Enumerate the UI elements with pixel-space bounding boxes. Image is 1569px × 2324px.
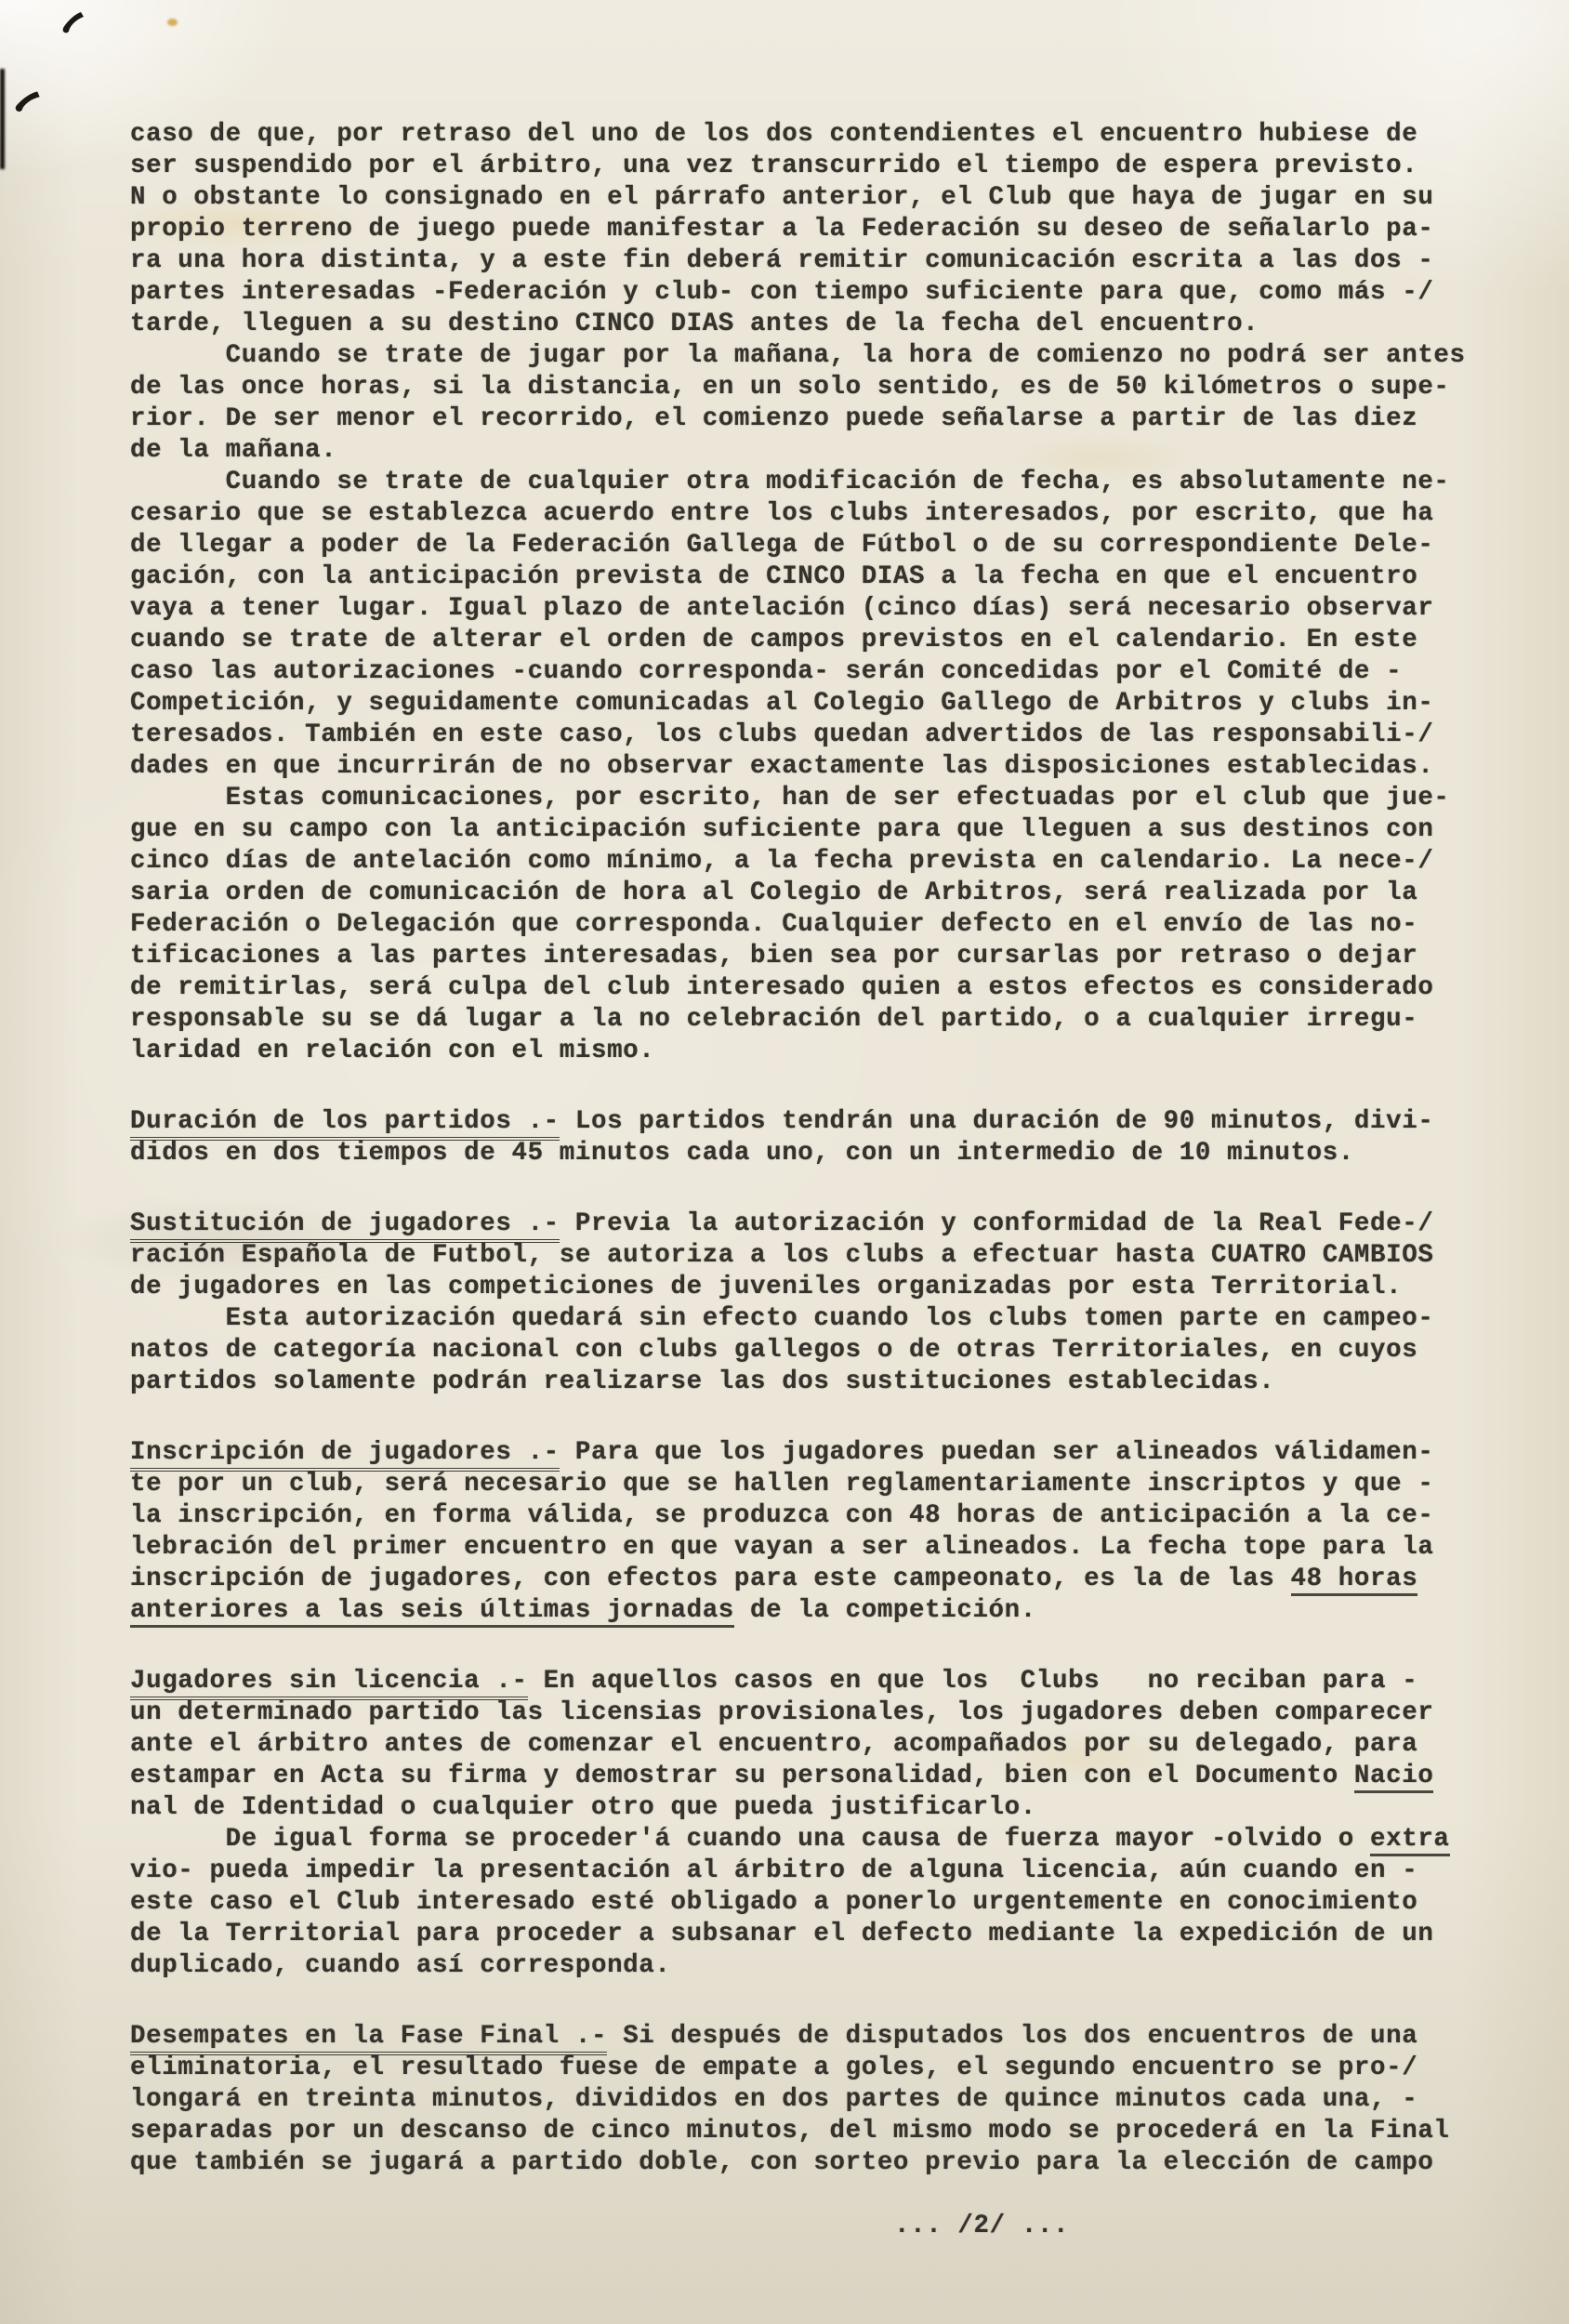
text-segment: ante el árbitro antes de comenzar el enc… bbox=[130, 1730, 1417, 1759]
text-line: de remitirlas, será culpa del club inter… bbox=[130, 972, 1469, 1004]
text-segment: teresados. También en este caso, los clu… bbox=[130, 720, 1433, 749]
text-segment: tarde, lleguen a su destino CINCO DIAS a… bbox=[130, 310, 1259, 338]
text-line: ra una hora distinta, y a este fin deber… bbox=[130, 245, 1469, 277]
text-line: gación, con la anticipación prevista de … bbox=[130, 561, 1469, 593]
paragraph: Desempates en la Fase Final .- Si despué… bbox=[130, 2021, 1469, 2179]
text-segment: separadas por un descanso de cinco minut… bbox=[130, 2117, 1450, 2146]
text-segment: estampar en Acta su firma y demostrar su… bbox=[130, 1762, 1354, 1790]
text-segment: Competición, y seguidamente comunicadas … bbox=[130, 689, 1433, 718]
text-segment: de las once horas, si la distancia, en u… bbox=[130, 373, 1450, 402]
paragraph: Sustitución de jugadores .- Previa la au… bbox=[130, 1208, 1469, 1398]
paragraph: Estas comunicaciones, por escrito, han d… bbox=[130, 783, 1469, 1067]
text-line: Estas comunicaciones, por escrito, han d… bbox=[130, 783, 1469, 814]
text-line: caso las autorizaciones -cuando correspo… bbox=[130, 656, 1469, 688]
text-segment: gación, con la anticipación prevista de … bbox=[130, 562, 1417, 591]
text-line: lebración del primer encuentro en que va… bbox=[130, 1532, 1469, 1564]
underlined-text: Desempates en la Fase Final .- bbox=[130, 2022, 607, 2055]
text-line: Cuando se trate de cualquier otra modifi… bbox=[130, 467, 1469, 498]
underlined-text: 48 horas bbox=[1291, 1565, 1418, 1596]
text-line: Federación o Delegación que corresponda.… bbox=[130, 909, 1469, 941]
text-line: propio terreno de juego puede manifestar… bbox=[130, 214, 1469, 245]
text-segment: didos en dos tiempos de 45 minutos cada … bbox=[130, 1139, 1354, 1168]
text-line: vio- pueda impedir la presentación al ár… bbox=[130, 1855, 1469, 1887]
text-segment: Los partidos tendrán una duración de 90 … bbox=[560, 1107, 1434, 1136]
text-segment: vio- pueda impedir la presentación al ár… bbox=[130, 1856, 1417, 1885]
text-segment: que también se jugará a partido doble, c… bbox=[130, 2148, 1433, 2177]
text-line: anteriores a las seis últimas jornadas d… bbox=[130, 1595, 1469, 1627]
text-segment: duplicado, cuando así corresponda. bbox=[130, 1951, 671, 1980]
text-line: Esta autorización quedará sin efecto cua… bbox=[130, 1303, 1469, 1335]
paragraph: Cuando se trate de jugar por la mañana, … bbox=[130, 340, 1469, 467]
text-line: longará en treinta minutos, divididos en… bbox=[130, 2084, 1469, 2116]
text-segment: En aquellos casos en que los Clubs no re… bbox=[528, 1667, 1418, 1696]
text-segment: cesario que se establezca acuerdo entre … bbox=[130, 499, 1433, 528]
text-segment: Esta autorización quedará sin efecto cua… bbox=[130, 1304, 1433, 1333]
text-segment: de la mañana. bbox=[130, 436, 336, 465]
text-line: vaya a tener lugar. Igual plazo de antel… bbox=[130, 593, 1469, 625]
text-line: Competición, y seguidamente comunicadas … bbox=[130, 688, 1469, 720]
underlined-text: Sustitución de jugadores .- bbox=[130, 1209, 560, 1243]
text-segment: caso de que, por retraso del uno de los … bbox=[130, 120, 1417, 149]
underlined-text: anteriores a las seis últimas jornadas bbox=[130, 1596, 734, 1628]
text-line: natos de categoría nacional con clubs ga… bbox=[130, 1335, 1469, 1367]
paragraph: caso de que, por retraso del uno de los … bbox=[130, 119, 1469, 340]
text-line: partes interesadas -Federación y club- c… bbox=[130, 277, 1469, 309]
text-segment: de jugadores en las competiciones de juv… bbox=[130, 1273, 1402, 1301]
text-segment: eliminatoria, el resultado fuese de empa… bbox=[130, 2053, 1417, 2082]
text-line: tarde, lleguen a su destino CINCO DIAS a… bbox=[130, 309, 1469, 340]
text-line: Jugadores sin licencia .- En aquellos ca… bbox=[130, 1666, 1469, 1697]
text-line: eliminatoria, el resultado fuese de empa… bbox=[130, 2053, 1469, 2084]
paragraph: Jugadores sin licencia .- En aquellos ca… bbox=[130, 1666, 1469, 1982]
paragraph: Cuando se trate de cualquier otra modifi… bbox=[130, 467, 1469, 783]
text-line: didos en dos tiempos de 45 minutos cada … bbox=[130, 1138, 1469, 1169]
text-segment: lebración del primer encuentro en que va… bbox=[130, 1533, 1433, 1562]
text-line: Cuando se trate de jugar por la mañana, … bbox=[130, 340, 1469, 372]
text-segment: gue en su campo con la anticipación sufi… bbox=[130, 815, 1433, 844]
text-segment: de la Territorial para proceder a subsan… bbox=[130, 1920, 1433, 1948]
text-segment: un determinado partido las licensias pro… bbox=[130, 1698, 1433, 1727]
paragraph: Duración de los partidos .- Los partidos… bbox=[130, 1106, 1469, 1169]
text-line: de la mañana. bbox=[130, 435, 1469, 467]
text-line: N o obstante lo consignado en el párrafo… bbox=[130, 182, 1469, 214]
text-line: ante el árbitro antes de comenzar el enc… bbox=[130, 1729, 1469, 1761]
text-line: teresados. También en este caso, los clu… bbox=[130, 720, 1469, 751]
scanned-document-page: caso de que, por retraso del uno de los … bbox=[0, 0, 1569, 2324]
text-line: gue en su campo con la anticipación sufi… bbox=[130, 814, 1469, 846]
text-line: inscripción de jugadores, con efectos pa… bbox=[130, 1564, 1469, 1595]
paragraphs-container: caso de que, por retraso del uno de los … bbox=[130, 119, 1469, 2179]
text-segment: Si después de disputados los dos encuent… bbox=[607, 2022, 1417, 2051]
text-segment: Estas comunicaciones, por escrito, han d… bbox=[130, 784, 1450, 812]
text-line: laridad en relación con el mismo. bbox=[130, 1036, 1469, 1067]
text-line: un determinado partido las licensias pro… bbox=[130, 1697, 1469, 1729]
text-line: ración Española de Futbol, se autoriza a… bbox=[130, 1240, 1469, 1272]
text-segment: la inscripción, en forma válida, se prod… bbox=[130, 1501, 1433, 1530]
text-segment: ra una hora distinta, y a este fin deber… bbox=[130, 246, 1433, 275]
underlined-text: Nacio bbox=[1354, 1762, 1434, 1793]
text-segment: cuando se trate de alterar el orden de c… bbox=[130, 626, 1417, 654]
text-line: tificaciones a las partes interesadas, b… bbox=[130, 941, 1469, 972]
text-segment: N o obstante lo consignado en el párrafo… bbox=[130, 183, 1433, 212]
text-line: que también se jugará a partido doble, c… bbox=[130, 2147, 1469, 2179]
text-line: saria orden de comunicación de hora al C… bbox=[130, 878, 1469, 909]
page-number: ... /2/ ... bbox=[130, 2211, 1469, 2242]
text-segment: de remitirlas, será culpa del club inter… bbox=[130, 973, 1433, 1002]
text-segment: nal de Identidad o cualquier otro que pu… bbox=[130, 1793, 1036, 1822]
paragraph: Inscripción de jugadores .- Para que los… bbox=[130, 1437, 1469, 1627]
text-line: cesario que se establezca acuerdo entre … bbox=[130, 498, 1469, 530]
paper-speck bbox=[167, 19, 178, 26]
text-line: estampar en Acta su firma y demostrar su… bbox=[130, 1761, 1469, 1792]
text-segment: tificaciones a las partes interesadas, b… bbox=[130, 942, 1417, 971]
text-line: De igual forma se proceder'á cuando una … bbox=[130, 1824, 1469, 1855]
text-line: nal de Identidad o cualquier otro que pu… bbox=[130, 1792, 1469, 1824]
text-segment: inscripción de jugadores, con efectos pa… bbox=[130, 1565, 1291, 1593]
text-segment: Cuando se trate de cualquier otra modifi… bbox=[130, 468, 1450, 496]
text-line: Desempates en la Fase Final .- Si despué… bbox=[130, 2021, 1469, 2053]
text-line: de jugadores en las competiciones de juv… bbox=[130, 1272, 1469, 1303]
text-line: de la Territorial para proceder a subsan… bbox=[130, 1919, 1469, 1950]
text-segment: te por un club, será necesario que se ha… bbox=[130, 1470, 1433, 1499]
text-segment: ser suspendido por el árbitro, una vez t… bbox=[130, 152, 1417, 180]
text-segment: propio terreno de juego puede manifestar… bbox=[130, 215, 1433, 244]
text-segment: Cuando se trate de jugar por la mañana, … bbox=[130, 341, 1466, 370]
underlined-text: Jugadores sin licencia .- bbox=[130, 1667, 528, 1700]
text-line: cuando se trate de alterar el orden de c… bbox=[130, 625, 1469, 656]
text-line: cinco días de antelación como mínimo, a … bbox=[130, 846, 1469, 878]
text-line: separadas por un descanso de cinco minut… bbox=[130, 2116, 1469, 2147]
text-segment: de llegar a poder de la Federación Galle… bbox=[130, 531, 1433, 560]
scan-edge-artifact bbox=[0, 69, 5, 169]
text-line: Inscripción de jugadores .- Para que los… bbox=[130, 1437, 1469, 1469]
text-segment: partes interesadas -Federación y club- c… bbox=[130, 278, 1433, 307]
text-segment: caso las autorizaciones -cuando correspo… bbox=[130, 657, 1417, 686]
text-segment: dades en que incurrirán de no observar e… bbox=[130, 752, 1433, 781]
text-segment: rior. De ser menor el recorrido, el comi… bbox=[130, 404, 1417, 433]
text-segment: responsable su se dá lugar a la no celeb… bbox=[130, 1005, 1417, 1034]
text-segment: este caso el Club interesado esté obliga… bbox=[130, 1888, 1417, 1917]
text-segment: Para que los jugadores puedan ser alinea… bbox=[560, 1438, 1434, 1467]
text-line: rior. De ser menor el recorrido, el comi… bbox=[130, 403, 1469, 435]
pen-mark-icon bbox=[59, 9, 87, 37]
text-segment: vaya a tener lugar. Igual plazo de antel… bbox=[130, 594, 1433, 623]
text-line: Duración de los partidos .- Los partidos… bbox=[130, 1106, 1469, 1138]
text-line: de las once horas, si la distancia, en u… bbox=[130, 372, 1469, 403]
text-segment: de la competición. bbox=[734, 1596, 1036, 1625]
text-line: la inscripción, en forma válida, se prod… bbox=[130, 1500, 1469, 1532]
text-line: partidos solamente podrán realizarse las… bbox=[130, 1367, 1469, 1398]
underlined-text: Inscripción de jugadores .- bbox=[130, 1438, 560, 1472]
text-segment: saria orden de comunicación de hora al C… bbox=[130, 878, 1417, 907]
text-segment: Previa la autorización y conformidad de … bbox=[560, 1209, 1434, 1238]
text-line: te por un club, será necesario que se ha… bbox=[130, 1469, 1469, 1500]
underlined-text: extra bbox=[1370, 1825, 1450, 1856]
text-segment: Federación o Delegación que corresponda.… bbox=[130, 910, 1417, 939]
text-segment: De igual forma se proceder'á cuando una … bbox=[130, 1825, 1370, 1854]
text-segment: ración Española de Futbol, se autoriza a… bbox=[130, 1241, 1433, 1270]
text-line: este caso el Club interesado esté obliga… bbox=[130, 1887, 1469, 1919]
text-line: de llegar a poder de la Federación Galle… bbox=[130, 530, 1469, 561]
text-line: dades en que incurrirán de no observar e… bbox=[130, 751, 1469, 783]
pen-mark-icon bbox=[11, 86, 45, 119]
text-segment: natos de categoría nacional con clubs ga… bbox=[130, 1336, 1417, 1365]
underlined-text: Duración de los partidos .- bbox=[130, 1107, 560, 1141]
text-segment: longará en treinta minutos, divididos en… bbox=[130, 2085, 1417, 2114]
text-line: Sustitución de jugadores .- Previa la au… bbox=[130, 1208, 1469, 1240]
text-line: caso de que, por retraso del uno de los … bbox=[130, 119, 1469, 151]
text-segment: cinco días de antelación como mínimo, a … bbox=[130, 847, 1433, 876]
text-segment: partidos solamente podrán realizarse las… bbox=[130, 1367, 1274, 1396]
text-line: responsable su se dá lugar a la no celeb… bbox=[130, 1004, 1469, 1036]
text-line: ser suspendido por el árbitro, una vez t… bbox=[130, 151, 1469, 182]
text-line: duplicado, cuando así corresponda. bbox=[130, 1950, 1469, 1982]
text-segment: laridad en relación con el mismo. bbox=[130, 1037, 654, 1065]
document-body: caso de que, por retraso del uno de los … bbox=[130, 119, 1469, 2242]
